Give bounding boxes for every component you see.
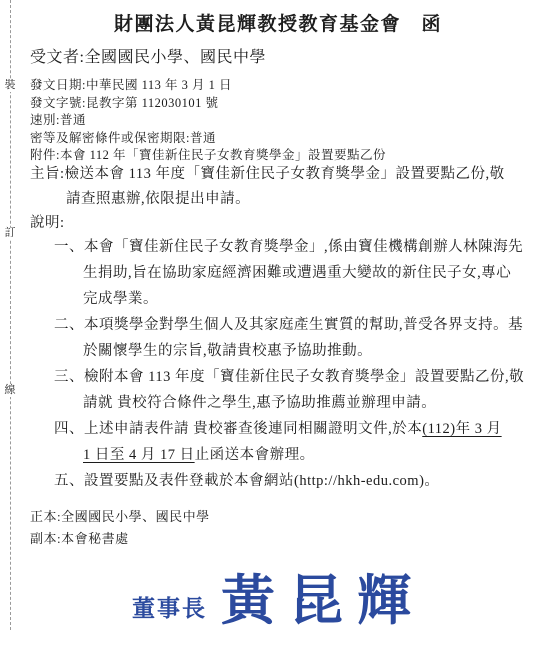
signature-block: 董事長 黃昆輝	[132, 560, 425, 642]
original-copy-line: 正本:全國國民小學、國民中學	[30, 506, 210, 528]
item-4-text: 上述申請表件請 貴校審查後連同相關證明文件,於本	[84, 421, 422, 437]
recipient-line: 受文者:全國國民小學、國民中學	[30, 44, 266, 67]
item-4-number: 四、	[54, 421, 84, 437]
item-1-line-3: 完成學業。	[54, 286, 524, 312]
fold-mark-ding: 訂	[2, 227, 18, 240]
item-5-number: 五、	[54, 473, 84, 489]
subject-line-2: 請查照惠辦,依限提出申請。	[30, 187, 505, 212]
subject-line-1: 主旨:檢送本會 113 年度「寶佳新住民子女教育獎學金」設置要點乙份,敬	[30, 162, 505, 187]
item-2-text: 本項獎學金對學生個人及其家庭產生實質的幫助,普受各界支持。基	[84, 317, 523, 333]
metadata-block: 發文日期:中華民國 113 年 3 月 1 日 發文字號:昆教字第 112030…	[30, 77, 386, 165]
issue-date-line: 發文日期:中華民國 113 年 3 月 1 日	[30, 77, 386, 95]
distribution-block: 正本:全國國民小學、國民中學 副本:本會秘書處	[30, 506, 210, 550]
explanation-items: 一、本會「寶佳新住民子女教育獎學金」,係由寶佳機構創辦人林陳海先 生捐助,旨在協…	[54, 234, 524, 494]
fold-mark-zhuang: 裝	[2, 79, 18, 92]
item-3-line-1: 三、檢附本會 113 年度「寶佳新住民子女教育獎學金」設置要點乙份,敬	[54, 364, 524, 390]
item-4-underlined-date-end: 1 日至 4 月 17 日	[83, 447, 195, 463]
fold-mark-xian: 線	[2, 384, 18, 397]
item-1-line-2: 生捐助,旨在協助家庭經濟困難或遭遇重大變故的新住民子女,專心	[54, 260, 524, 286]
item-3-number: 三、	[54, 369, 84, 385]
item-1-number: 一、	[54, 239, 84, 255]
document-title: 財團法人黃昆輝教授教育基金會 函	[30, 9, 526, 36]
item-2-number: 二、	[54, 317, 84, 333]
item-4-line-2: 1 日至 4 月 17 日止函送本會辦理。	[54, 442, 524, 468]
chairman-title: 董事長	[132, 590, 207, 623]
item-5-line-1: 五、設置要點及表件登載於本會網站(http://hkh-edu.com)。	[54, 468, 524, 494]
item-2-line-2: 於關懷學生的宗旨,敬請貴校惠予協助推動。	[54, 338, 524, 364]
item-1: 一、本會「寶佳新住民子女教育獎學金」,係由寶佳機構創辦人林陳海先 生捐助,旨在協…	[54, 234, 524, 312]
item-3-line-2: 請就 貴校符合條件之學生,惠予協助推薦並辦理申請。	[54, 390, 524, 416]
explanation-label: 說明:	[30, 211, 65, 232]
item-1-line-1: 一、本會「寶佳新住民子女教育獎學金」,係由寶佳機構創辦人林陳海先	[54, 234, 524, 260]
item-2: 二、本項獎學金對學生個人及其家庭產生實質的幫助,普受各界支持。基 於關懷學生的宗…	[54, 312, 524, 364]
subject-label: 主旨:	[30, 166, 65, 182]
official-letter-page: 裝 訂 線 財團法人黃昆輝教授教育基金會 函 受文者:全國國民小學、國民中學 發…	[0, 0, 550, 647]
duplicate-copy-line: 副本:本會秘書處	[30, 528, 210, 550]
reference-number-line: 發文字號:昆教字第 112030101 號	[30, 95, 386, 113]
item-4-underlined-date-start: (112)年 3 月	[422, 421, 501, 437]
item-4-text-end: 止函送本會辦理。	[195, 447, 315, 463]
item-2-line-1: 二、本項獎學金對學生個人及其家庭產生實質的幫助,普受各界支持。基	[54, 312, 524, 338]
priority-line: 速別:普通	[30, 112, 386, 130]
chairman-signature: 黃昆輝	[221, 560, 425, 642]
item-3: 三、檢附本會 113 年度「寶佳新住民子女教育獎學金」設置要點乙份,敬 請就 貴…	[54, 364, 524, 416]
item-4-line-1: 四、上述申請表件請 貴校審查後連同相關證明文件,於本(112)年 3 月	[54, 416, 524, 442]
subject-block: 主旨:檢送本會 113 年度「寶佳新住民子女教育獎學金」設置要點乙份,敬 請查照…	[30, 162, 505, 212]
item-4: 四、上述申請表件請 貴校審查後連同相關證明文件,於本(112)年 3 月 1 日…	[54, 416, 524, 468]
item-3-text: 檢附本會 113 年度「寶佳新住民子女教育獎學金」設置要點乙份,敬	[84, 369, 524, 385]
item-5: 五、設置要點及表件登載於本會網站(http://hkh-edu.com)。	[54, 468, 524, 494]
binding-dashed-line	[10, 0, 11, 630]
classification-line: 密等及解密條件或保密期限:普通	[30, 130, 386, 148]
item-5-text: 設置要點及表件登載於本會網站(	[84, 473, 299, 489]
item-1-text: 本會「寶佳新住民子女教育獎學金」,係由寶佳機構創辦人林陳海先	[84, 239, 523, 255]
subject-text: 檢送本會 113 年度「寶佳新住民子女教育獎學金」設置要點乙份,敬	[65, 166, 505, 182]
item-5-text-end: )。	[419, 473, 439, 489]
website-url: http://hkh-edu.com	[299, 473, 419, 489]
